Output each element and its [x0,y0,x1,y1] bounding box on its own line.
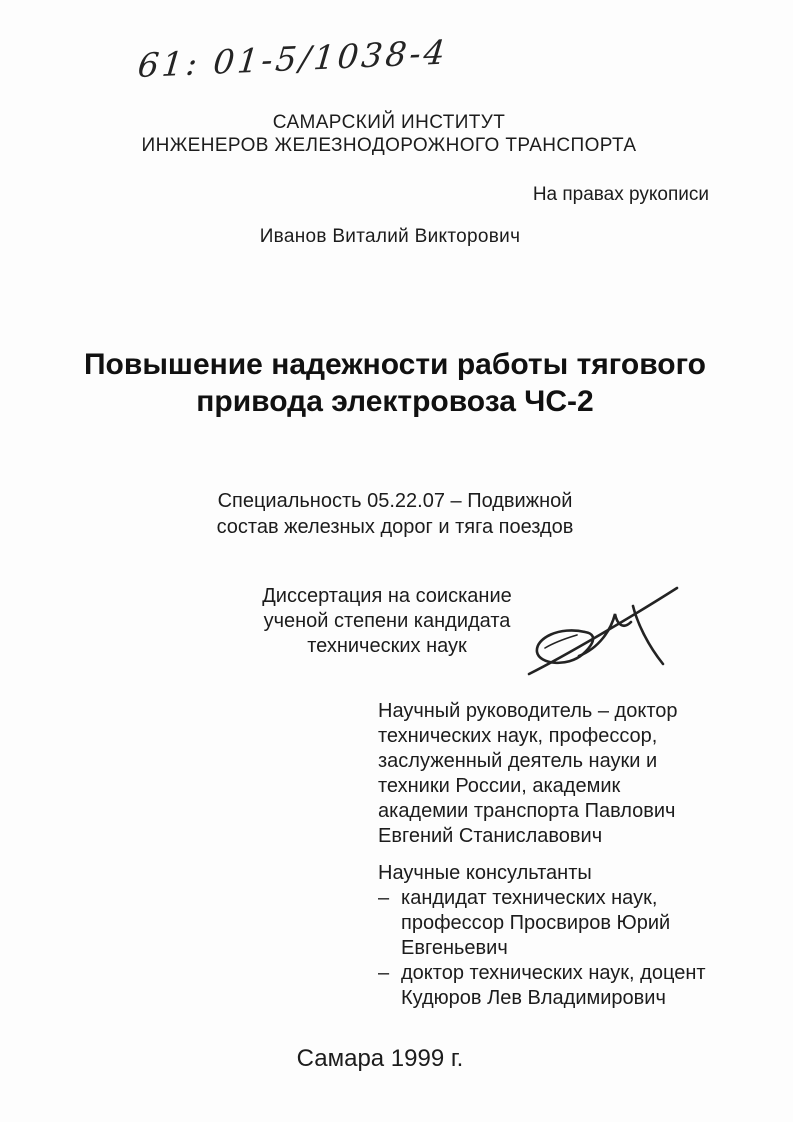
bullet-dash: – [378,886,401,911]
institute-name-line2: ИНЖЕНЕРОВ ЖЕЛЕЗНОДОРОЖНОГО ТРАНСПОРТА [0,134,778,157]
bullet-dash: – [378,961,401,986]
consultants-heading: Научные консультанты [378,861,738,886]
institute-name-line1: САМАРСКИЙ ИНСТИТУТ [0,111,778,134]
specialty-statement: Специальность 05.22.07 – Подвижной соста… [0,488,790,540]
supervisor-info: Научный руководитель – доктор технически… [378,699,728,849]
manuscript-rights-note: На правах рукописи [0,184,709,206]
author-name: Иванов Виталий Викторович [0,226,780,248]
consultant-item: – кандидат технических наук, профессор П… [378,886,738,961]
consultant-text: доктор технических наук, доцент Кудюров … [401,961,706,1011]
dissertation-title: Повышение надежности работы тягового при… [0,346,790,420]
consultant-item: – доктор технических наук, доцент Кудюро… [378,961,738,1011]
institute-name: САМАРСКИЙ ИНСТИТУТ ИНЖЕНЕРОВ ЖЕЛЕЗНОДОРО… [0,111,778,157]
dissertation-title-line2: привода электровоза ЧС-2 [0,383,790,420]
consultants-section: Научные консультанты – кандидат техничес… [378,861,738,1011]
catalog-number-handwritten: 61: 01-5/1038-4 [136,32,449,85]
dissertation-title-line1: Повышение надежности работы тягового [0,346,790,383]
signature-scribble [515,578,695,683]
dissertation-title-page: 61: 01-5/1038-4 САМАРСКИЙ ИНСТИТУТ ИНЖЕН… [0,0,793,1122]
city-year: Самара 1999 г. [0,1045,760,1073]
consultant-text: кандидат технических наук, профессор Про… [401,886,670,961]
